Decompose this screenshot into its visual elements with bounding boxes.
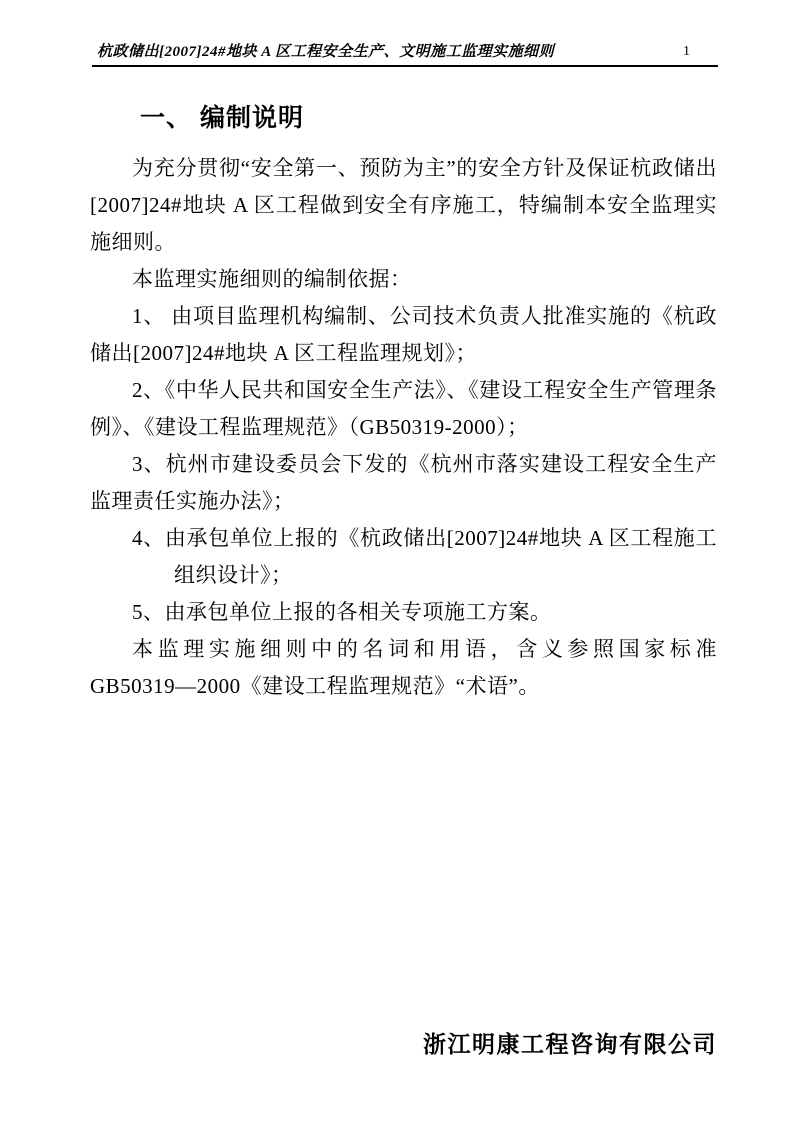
document-body: 一、 编制说明 为充分贯彻“安全第一、预防为主”的安全方针及保证杭政储出[200… bbox=[90, 96, 717, 705]
paragraph-basis-item-2: 2、《中华人民共和国安全生产法》、《建设工程安全生产管理条例》、《建设工程监理规… bbox=[90, 372, 717, 446]
header-title: 杭政储出[2007]24#地块 A 区工程安全生产、文明施工监理实施细则 bbox=[92, 42, 554, 62]
page-number: 1 bbox=[683, 42, 690, 62]
paragraph-terms: 本监理实施细则中的名词和用语，含义参照国家标准 GB50319—2000《建设工… bbox=[90, 631, 717, 705]
paragraph-basis-item-1: 1、 由项目监理机构编制、公司技术负责人批准实施的《杭政储出[2007]24#地… bbox=[90, 298, 717, 372]
page-header: 杭政储出[2007]24#地块 A 区工程安全生产、文明施工监理实施细则 1 bbox=[92, 42, 718, 67]
paragraph-basis-item-4: 4、由承包单位上报的《杭政储出[2007]24#地块 A 区工程施工组织设计》； bbox=[90, 520, 717, 594]
document-page: 杭政储出[2007]24#地块 A 区工程安全生产、文明施工监理实施细则 1 一… bbox=[0, 0, 793, 1122]
paragraph-intro: 为充分贯彻“安全第一、预防为主”的安全方针及保证杭政储出[2007]24#地块 … bbox=[90, 150, 717, 261]
paragraph-basis-item-5: 5、由承包单位上报的各相关专项施工方案。 bbox=[90, 594, 717, 631]
paragraph-basis-label: 本监理实施细则的编制依据： bbox=[90, 261, 717, 298]
page-footer: 浙江明康工程咨询有限公司 bbox=[423, 1030, 717, 1060]
company-name: 浙江明康工程咨询有限公司 bbox=[423, 1032, 717, 1057]
paragraph-basis-item-3: 3、杭州市建设委员会下发的《杭州市落实建设工程安全生产监理责任实施办法》； bbox=[90, 446, 717, 520]
section-heading: 一、 编制说明 bbox=[140, 101, 717, 135]
header-row: 杭政储出[2007]24#地块 A 区工程安全生产、文明施工监理实施细则 1 bbox=[92, 42, 718, 62]
